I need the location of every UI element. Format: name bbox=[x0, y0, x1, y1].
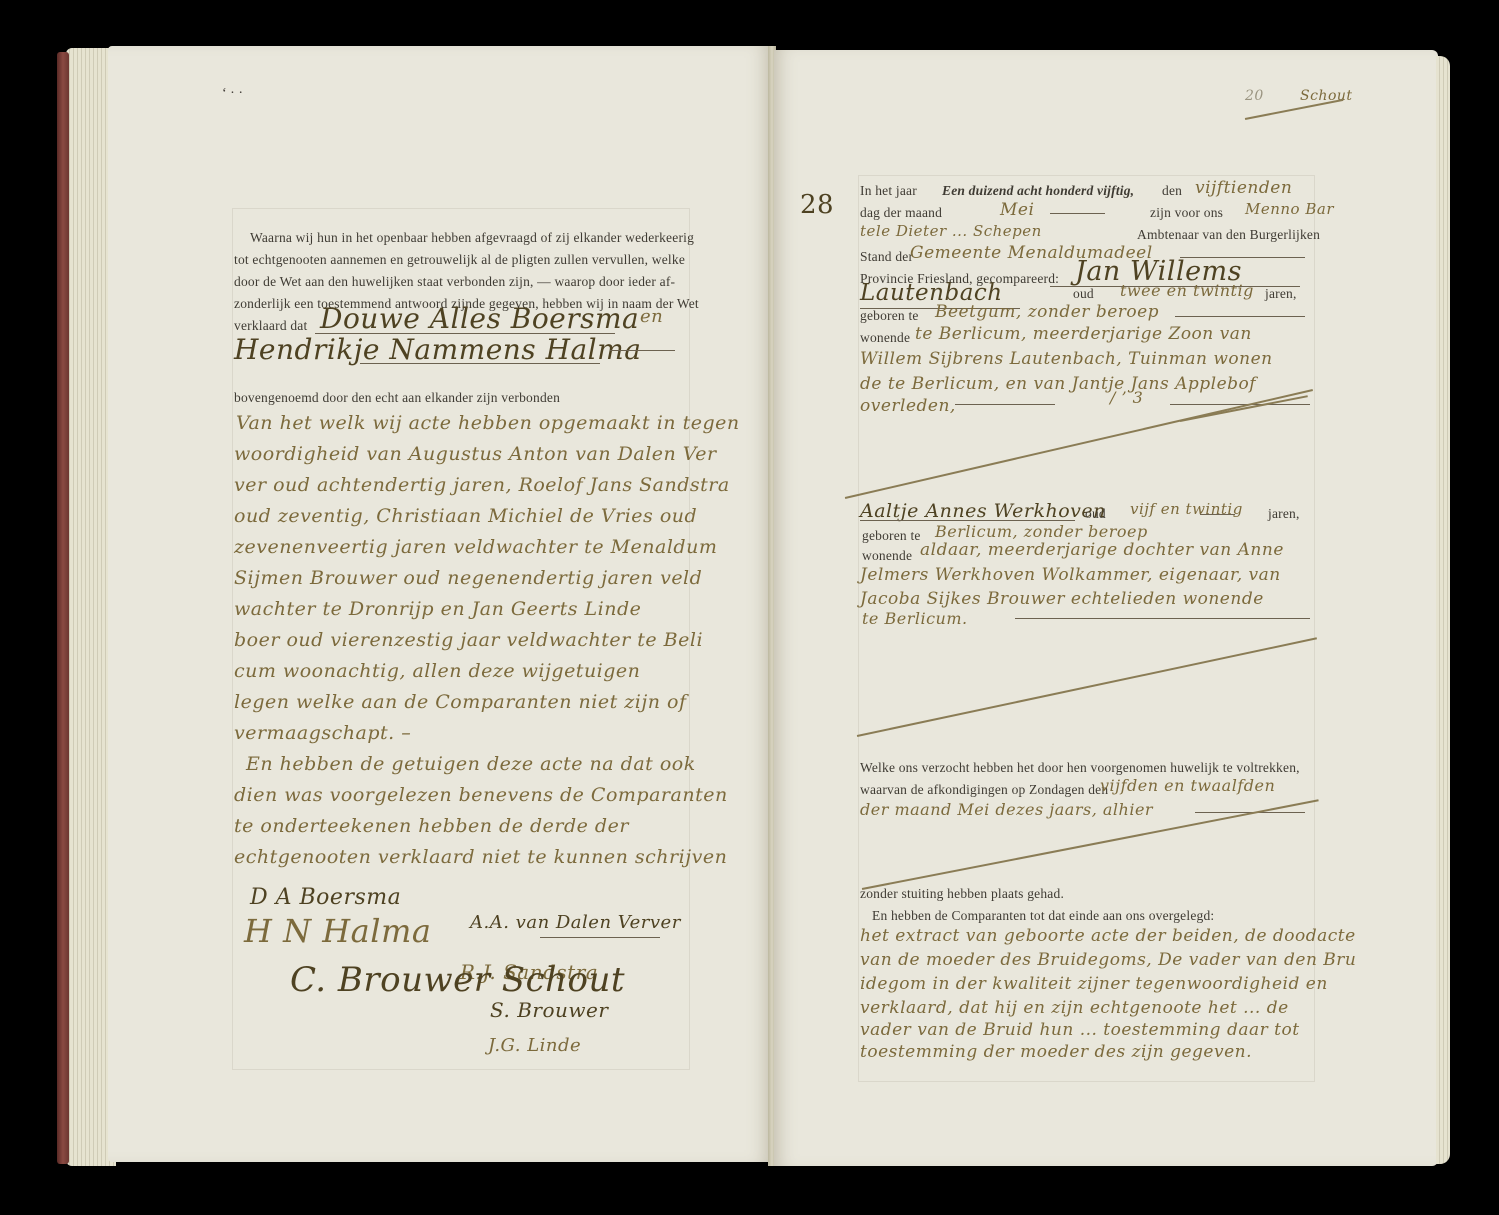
printed-zonder-stuiting: zonder stuiting hebben plaats gehad. bbox=[860, 886, 1064, 902]
body-line: Sijmen Brouwer oud negenendertig jaren v… bbox=[234, 567, 702, 589]
body-line: oud zeventig, Christiaan Michiel de Vrie… bbox=[234, 505, 697, 527]
hw-bride-age: vijf en twintig bbox=[1130, 500, 1243, 518]
hw-official-b: tele Dieter ... Schepen bbox=[860, 222, 1042, 240]
hw-bride-name: Aaltje Annes Werkhoven bbox=[860, 500, 1106, 522]
printed-jaren-2: jaren, bbox=[1268, 506, 1300, 522]
body-line: ver oud achtendertig jaren, Roelof Jans … bbox=[234, 474, 730, 496]
body-line: wachter te Dronrijp en Jan Geerts Linde bbox=[234, 598, 641, 620]
hw-bride-residence: Jacoba Sijkes Brouwer echtelieden wonend… bbox=[860, 589, 1264, 609]
hw-official-a: Menno Bar bbox=[1245, 200, 1334, 218]
hw-documents-line: idegom in der kwaliteit zijner tegenwoor… bbox=[860, 974, 1328, 994]
printed-dag-der-maand: dag der maand bbox=[860, 205, 942, 221]
hw-groom-residence: Willem Sijbrens Lautenbach, Tuinman wone… bbox=[860, 349, 1273, 369]
body-line: echtgenooten verklaard niet te kunnen sc… bbox=[234, 846, 727, 868]
book-page-edges-right bbox=[1436, 56, 1450, 1164]
hw-groom-residence: te Berlicum, meerderjarige Zoon van bbox=[915, 324, 1252, 344]
hw-documents-line: toestemming der moeder des zijn gegeven. bbox=[860, 1042, 1252, 1062]
signature-bride: H N Halma bbox=[244, 912, 431, 950]
printed-geboren-te-2: geboren te bbox=[862, 528, 921, 544]
printed-line-1: Waarna wij hun in het openbaar hebben af… bbox=[250, 230, 694, 246]
bride-name-underline bbox=[360, 363, 600, 364]
hw-bride-residence: Jelmers Werkhoven Wolkammer, eigenaar, v… bbox=[860, 565, 1281, 585]
entry-number: 28 bbox=[800, 190, 834, 220]
body-line: vermaagschapt. – bbox=[234, 722, 411, 744]
age-fill-line bbox=[1200, 514, 1235, 515]
hw-banns-dates-a: vijfden en twaalfden bbox=[1100, 776, 1275, 795]
hw-documents-line: van de moeder des Bruidegoms, De vader v… bbox=[860, 950, 1356, 970]
printed-en-hebben: En hebben de Comparanten tot dat einde a… bbox=[872, 908, 1214, 924]
signature-groom: D A Boersma bbox=[250, 885, 401, 910]
printed-geboren-te: geboren te bbox=[860, 308, 919, 324]
month-fill-line bbox=[1050, 213, 1105, 214]
printed-jaren: jaren, bbox=[1265, 286, 1297, 302]
hw-banns-dates-b: der maand Mei dezes jaars, alhier bbox=[860, 800, 1153, 819]
hw-groom-mark: / ’ 3 bbox=[1110, 388, 1143, 407]
printed-year: Een duizend acht honderd vijftig, bbox=[942, 183, 1134, 199]
body-line: zevenenveertig jaren veldwachter te Mena… bbox=[234, 536, 717, 558]
signature-witness-4: J.G. Linde bbox=[488, 1035, 581, 1056]
printed-zijn-voor-ons: zijn voor ons bbox=[1150, 205, 1223, 221]
hw-documents-line: het extract van geboorte acte der beiden… bbox=[860, 926, 1356, 946]
body-line: legen welke aan de Comparanten niet zijn… bbox=[234, 691, 687, 713]
printed-line-2: tot echtgenooten aannemen en getrouwelij… bbox=[234, 252, 685, 268]
signature-witness-1: A.A. van Dalen Verver bbox=[470, 912, 681, 933]
printed-den: den bbox=[1162, 183, 1182, 199]
bride-name-fill-line bbox=[610, 350, 675, 351]
hw-bride-birthplace: Berlicum, zonder beroep bbox=[935, 522, 1148, 541]
hw-documents-line: verklaard, dat hij en zijn echtgenoote h… bbox=[860, 998, 1289, 1018]
folio-number: 20 bbox=[1245, 88, 1264, 104]
printed-bovengenoemd: bovengenoemd door den echt aan elkander … bbox=[234, 390, 560, 406]
bride-name: Hendrikje Nammens Halma bbox=[234, 333, 641, 366]
signature-underline bbox=[540, 937, 660, 938]
groom-suffix-en: en bbox=[640, 306, 663, 327]
printed-verklaard-dat: verklaard dat bbox=[234, 318, 307, 334]
printed-welke-line-1: Welke ons verzocht hebben het door hen v… bbox=[860, 760, 1300, 776]
book-spine bbox=[57, 52, 69, 1164]
body-line: boer oud vierenzestig jaar veldwachter t… bbox=[234, 629, 703, 651]
bride-residence-fill-line bbox=[1015, 618, 1310, 619]
printed-ambtenaar: Ambtenaar van den Burgerlijken bbox=[1137, 227, 1320, 243]
birthplace-fill-line bbox=[1175, 316, 1305, 317]
signature-official: C. Brouwer Schout bbox=[290, 960, 625, 1000]
printed-oud-2: oud bbox=[1085, 506, 1106, 522]
printed-stand-der: Stand der bbox=[860, 249, 913, 265]
hw-month: Mei bbox=[1000, 200, 1034, 220]
hw-day: vijftienden bbox=[1195, 178, 1292, 198]
body-line: dien was voorgelezen benevens de Compara… bbox=[234, 784, 728, 806]
body-line: te onderteekenen hebben de derde der bbox=[234, 815, 629, 837]
hw-groom-residence: de te Berlicum, en van Jantje Jans Apple… bbox=[860, 374, 1256, 394]
page-top-mark: ‘ · · bbox=[222, 86, 243, 102]
hw-documents-line: vader van de Bruid hun ... toestemming d… bbox=[860, 1020, 1300, 1040]
body-line: En hebben de getuigen deze acte na dat o… bbox=[246, 753, 696, 775]
hw-groom-age: twee en twintig bbox=[1120, 281, 1254, 300]
residence-fill-line bbox=[955, 404, 1055, 405]
signature-witness-3: S. Brouwer bbox=[490, 998, 608, 1022]
groom-name: Douwe Alles Boersma bbox=[320, 302, 639, 335]
printed-wonende-2: wonende bbox=[862, 548, 912, 564]
bride-name-underline bbox=[860, 520, 1075, 521]
printed-wonende: wonende bbox=[860, 330, 910, 346]
body-line: Van het welk wij acte hebben opgemaakt i… bbox=[236, 412, 740, 434]
hw-groom-residence: overleden, bbox=[860, 396, 956, 416]
printed-oud: oud bbox=[1073, 286, 1094, 302]
hw-groom-birthplace: Beetgum, zonder beroep bbox=[935, 302, 1159, 322]
body-line: woordigheid van Augustus Anton van Dalen… bbox=[234, 443, 717, 465]
body-line: cum woonachtig, allen deze wijgetuigen bbox=[234, 660, 640, 682]
hw-bride-residence: aldaar, meerderjarige dochter van Anne bbox=[920, 540, 1284, 560]
printed-line-3: door de Wet aan den huwelijken staat ver… bbox=[234, 274, 675, 290]
printed-in-het-jaar: In het jaar bbox=[860, 183, 917, 199]
hw-bride-residence: te Berlicum. bbox=[862, 609, 968, 628]
printed-waarvan: waarvan de afkondigingen op Zondagen den bbox=[860, 782, 1108, 798]
